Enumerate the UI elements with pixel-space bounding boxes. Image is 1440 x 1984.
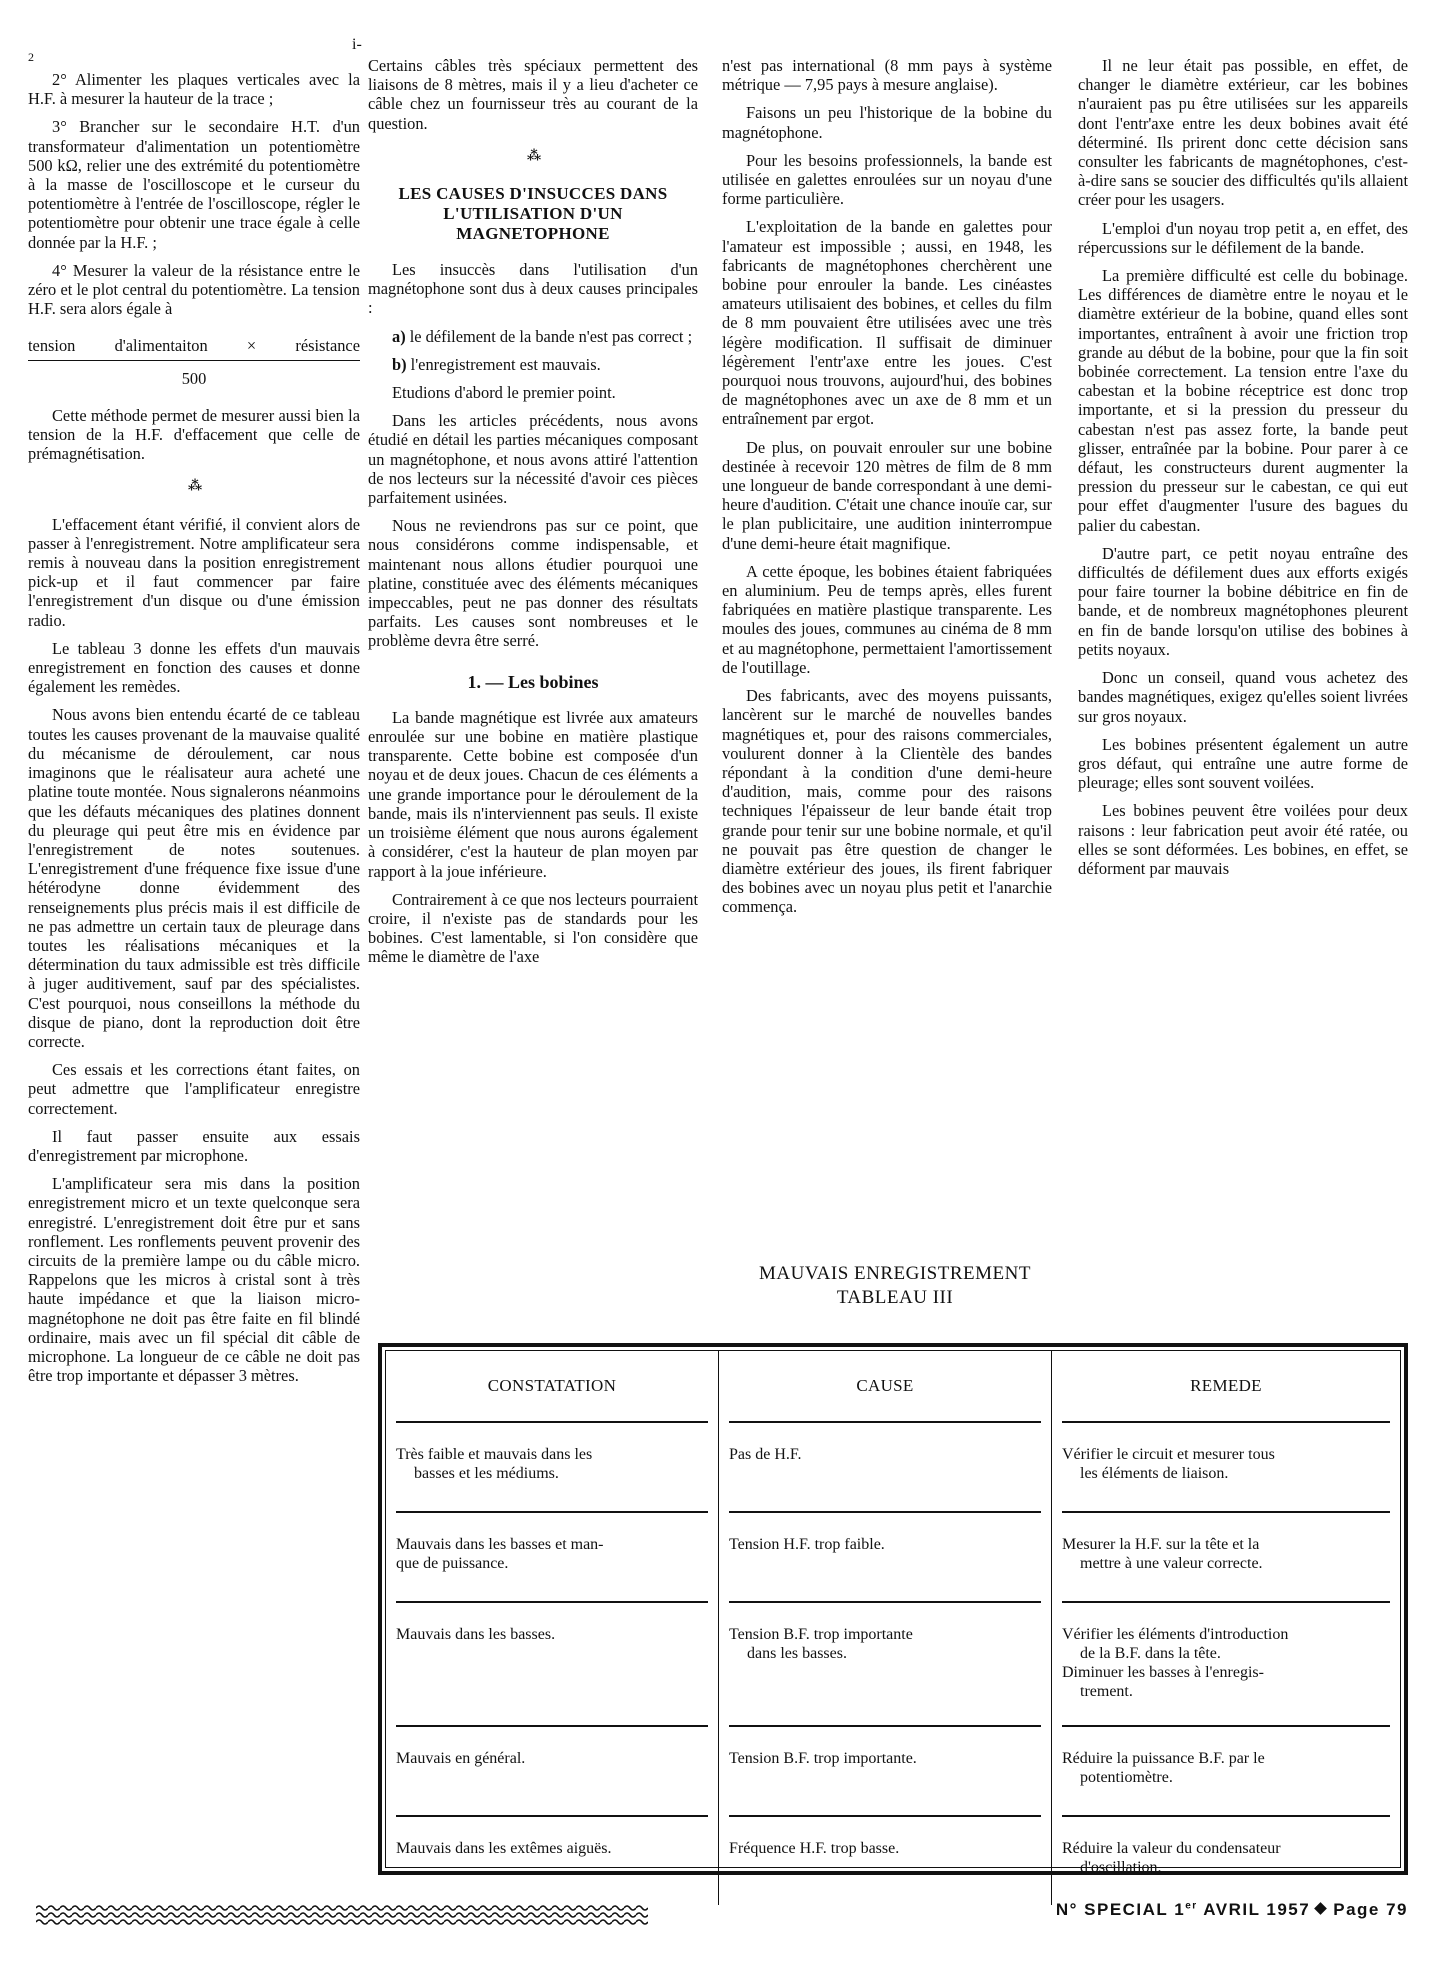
paragraph: La première difficulté est celle du bobi…: [1078, 266, 1408, 535]
list-label: b): [392, 355, 407, 374]
table-cell: Mauvais dans les basses.: [396, 1601, 708, 1725]
table-header: CONSTATATION: [386, 1351, 718, 1421]
cell-line: Mauvais dans les basses.: [396, 1625, 708, 1644]
section-separator: ⁂: [28, 477, 360, 496]
cell-line: que de puissance.: [396, 1554, 708, 1573]
table-title-line1: MAUVAIS ENREGISTREMENT: [380, 1262, 1410, 1286]
table-cell: Réduire la valeur du condensateurd'oscil…: [1062, 1815, 1390, 1905]
table-column-constatation: CONSTATATION Très faible et mauvais dans…: [386, 1351, 719, 1905]
cell-line: basses et les médiums.: [396, 1464, 708, 1483]
table-header: REMEDE: [1052, 1351, 1400, 1421]
diamond-icon: [1314, 1902, 1327, 1915]
paragraph: Les insuccès dans l'utilisation d'un mag…: [368, 260, 698, 318]
paragraph: L'emploi d'un noyau trop petit a, en eff…: [1078, 219, 1408, 257]
page-number: Page 79: [1333, 1900, 1408, 1919]
table-cell: Tension B.F. trop importante.: [729, 1725, 1041, 1815]
paragraph: 3° Brancher sur le secondaire H.T. d'un …: [28, 117, 360, 251]
paragraph: De plus, on pouvait enrouler sur une bob…: [722, 438, 1052, 553]
table-cell: Tension B.F. trop importantedans les bas…: [729, 1601, 1041, 1725]
issue-sup: er: [1185, 1900, 1197, 1911]
paragraph: D'autre part, ce petit noyau entraîne de…: [1078, 544, 1408, 659]
cell-line: Tension H.F. trop faible.: [729, 1535, 1041, 1554]
table-header: CAUSE: [719, 1351, 1051, 1421]
paragraph: 4° Mesurer la valeur de la résistance en…: [28, 261, 360, 319]
cell-line: Vérifier les éléments d'introduction: [1062, 1625, 1390, 1644]
list-item-b: b) l'enregistrement est mauvais.: [368, 355, 698, 374]
cell-line: mettre à une valeur correcte.: [1062, 1554, 1390, 1573]
table-cell: Très faible et mauvais dans lesbasses et…: [396, 1421, 708, 1511]
paragraph: Il ne leur était pas possible, en effet,…: [1078, 56, 1408, 210]
table-cell: Fréquence H.F. trop basse.: [729, 1815, 1041, 1905]
paragraph: Le tableau 3 donne les effets d'un mauva…: [28, 639, 360, 697]
cell-line: Vérifier le circuit et mesurer tous: [1062, 1445, 1390, 1464]
list-item-a: a) le défilement de la bande n'est pas c…: [368, 327, 698, 346]
subsection-heading: 1. — Les bobines: [368, 673, 698, 692]
table-iii: CONSTATATION Très faible et mauvais dans…: [378, 1343, 1408, 1875]
table-cell: Mauvais en général.: [396, 1725, 708, 1815]
table-cell: Mauvais dans les extêmes aiguës.: [396, 1815, 708, 1905]
paragraph: Cette méthode permet de mesurer aussi bi…: [28, 406, 360, 464]
paragraph: Pour les besoins professionnels, la band…: [722, 151, 1052, 209]
paragraph: Ces essais et les corrections étant fait…: [28, 1060, 360, 1118]
table-cell: Mauvais dans les basses et man-que de pu…: [396, 1511, 708, 1601]
column-1: 2° Alimenter les plaques verticales avec…: [28, 70, 360, 1394]
cell-line: les éléments de liaison.: [1062, 1464, 1390, 1483]
cell-line: Réduire la valeur du condensateur: [1062, 1839, 1390, 1858]
cell-line: Tension B.F. trop importante.: [729, 1749, 1041, 1768]
paragraph: Dans les articles précédents, nous avons…: [368, 411, 698, 507]
table-cell: Réduire la puissance B.F. par lepotentio…: [1062, 1725, 1390, 1815]
table-title-line2: TABLEAU III: [380, 1286, 1410, 1310]
list-text: le défilement de la bande n'est pas corr…: [406, 327, 692, 346]
paragraph: Donc un conseil, quand vous achetez des …: [1078, 668, 1408, 726]
section-heading: LES CAUSES D'INSUCCES DANS L'UTILISATION…: [368, 184, 698, 244]
cell-line: d'oscillation.: [1062, 1858, 1390, 1877]
cell-line: Mesurer la H.F. sur la tête et la: [1062, 1535, 1390, 1554]
cell-line: Diminuer les basses à l'enregis-: [1062, 1663, 1390, 1682]
column-2: Certains câbles très spéciaux permettent…: [368, 56, 698, 976]
paragraph: A cette époque, les bobines étaient fabr…: [722, 562, 1052, 677]
paragraph: Faisons un peu l'historique de la bobine…: [722, 103, 1052, 141]
paragraph: 2° Alimenter les plaques verticales avec…: [28, 70, 360, 108]
cell-line: Tension B.F. trop importante: [729, 1625, 1041, 1644]
paragraph: Les bobines peuvent être voilées pour de…: [1078, 801, 1408, 878]
cell-line: Mauvais en général.: [396, 1749, 708, 1768]
paragraph: L'effacement étant vérifié, il convient …: [28, 515, 360, 630]
paragraph: Contrairement à ce que nos lecteurs pour…: [368, 890, 698, 967]
table-title: MAUVAIS ENREGISTREMENT TABLEAU III: [380, 1262, 1410, 1310]
table-cell: Mesurer la H.F. sur la tête et lamettre …: [1062, 1511, 1390, 1601]
issue-date: AVRIL 1957: [1198, 1900, 1311, 1919]
table-cell: Vérifier le circuit et mesurer tousles é…: [1062, 1421, 1390, 1511]
top-fragment-left: 2: [28, 50, 34, 65]
paragraph: Nous ne reviendrons pas sur ce point, qu…: [368, 516, 698, 650]
column-4: Il ne leur était pas possible, en effet,…: [1078, 56, 1408, 887]
issue-prefix: N° SPECIAL 1: [1056, 1900, 1185, 1919]
paragraph: L'amplificateur sera mis dans la positio…: [28, 1174, 360, 1385]
table-cell: Pas de H.F.: [729, 1421, 1041, 1511]
paragraph: Les bobines présentent également un autr…: [1078, 735, 1408, 793]
issue-info: N° SPECIAL 1er AVRIL 1957Page 79: [1056, 1900, 1408, 1920]
cell-line: Fréquence H.F. trop basse.: [729, 1839, 1041, 1858]
formula-denominator: 500: [28, 360, 360, 388]
paragraph: La bande magnétique est livrée aux amate…: [368, 708, 698, 881]
cell-line: Réduire la puissance B.F. par le: [1062, 1749, 1390, 1768]
cell-line: Mauvais dans les basses et man-: [396, 1535, 708, 1554]
paragraph: Etudions d'abord le premier point.: [368, 383, 698, 402]
paragraph: Des fabricants, avec des moyens puissant…: [722, 686, 1052, 916]
cell-line: de la B.F. dans la tête.: [1062, 1644, 1390, 1663]
cell-line: Très faible et mauvais dans les: [396, 1445, 708, 1464]
paragraph: Il faut passer ensuite aux essais d'enre…: [28, 1127, 360, 1165]
paragraph: L'exploitation de la bande en galettes p…: [722, 217, 1052, 428]
column-3: n'est pas international (8 mm pays à sys…: [722, 56, 1052, 926]
cell-line: Pas de H.F.: [729, 1445, 1041, 1464]
cell-line: trement.: [1062, 1682, 1390, 1701]
table-cell: Vérifier les éléments d'introductionde l…: [1062, 1601, 1390, 1725]
list-label: a): [392, 327, 406, 346]
cell-line: dans les basses.: [729, 1644, 1041, 1663]
section-separator: ⁂: [368, 147, 698, 166]
wavy-rule-icon: [36, 1904, 648, 1926]
paragraph: n'est pas international (8 mm pays à sys…: [722, 56, 1052, 94]
paragraph: Certains câbles très spéciaux permettent…: [368, 56, 698, 133]
cell-line: potentiomètre.: [1062, 1768, 1390, 1787]
paragraph: Nous avons bien entendu écarté de ce tab…: [28, 705, 360, 1051]
table-column-remede: REMEDE Vérifier le circuit et mesurer to…: [1052, 1351, 1400, 1905]
list-text: l'enregistrement est mauvais.: [407, 355, 601, 374]
cell-line: Mauvais dans les extêmes aiguës.: [396, 1839, 708, 1858]
top-fragment-right: i-: [352, 36, 362, 54]
page-footer: N° SPECIAL 1er AVRIL 1957Page 79: [36, 1900, 1408, 1930]
table-cell: Tension H.F. trop faible.: [729, 1511, 1041, 1601]
table-column-cause: CAUSE Pas de H.F. Tension H.F. trop faib…: [719, 1351, 1052, 1905]
formula-numerator: tension d'alimentaiton × résistance: [28, 336, 360, 355]
